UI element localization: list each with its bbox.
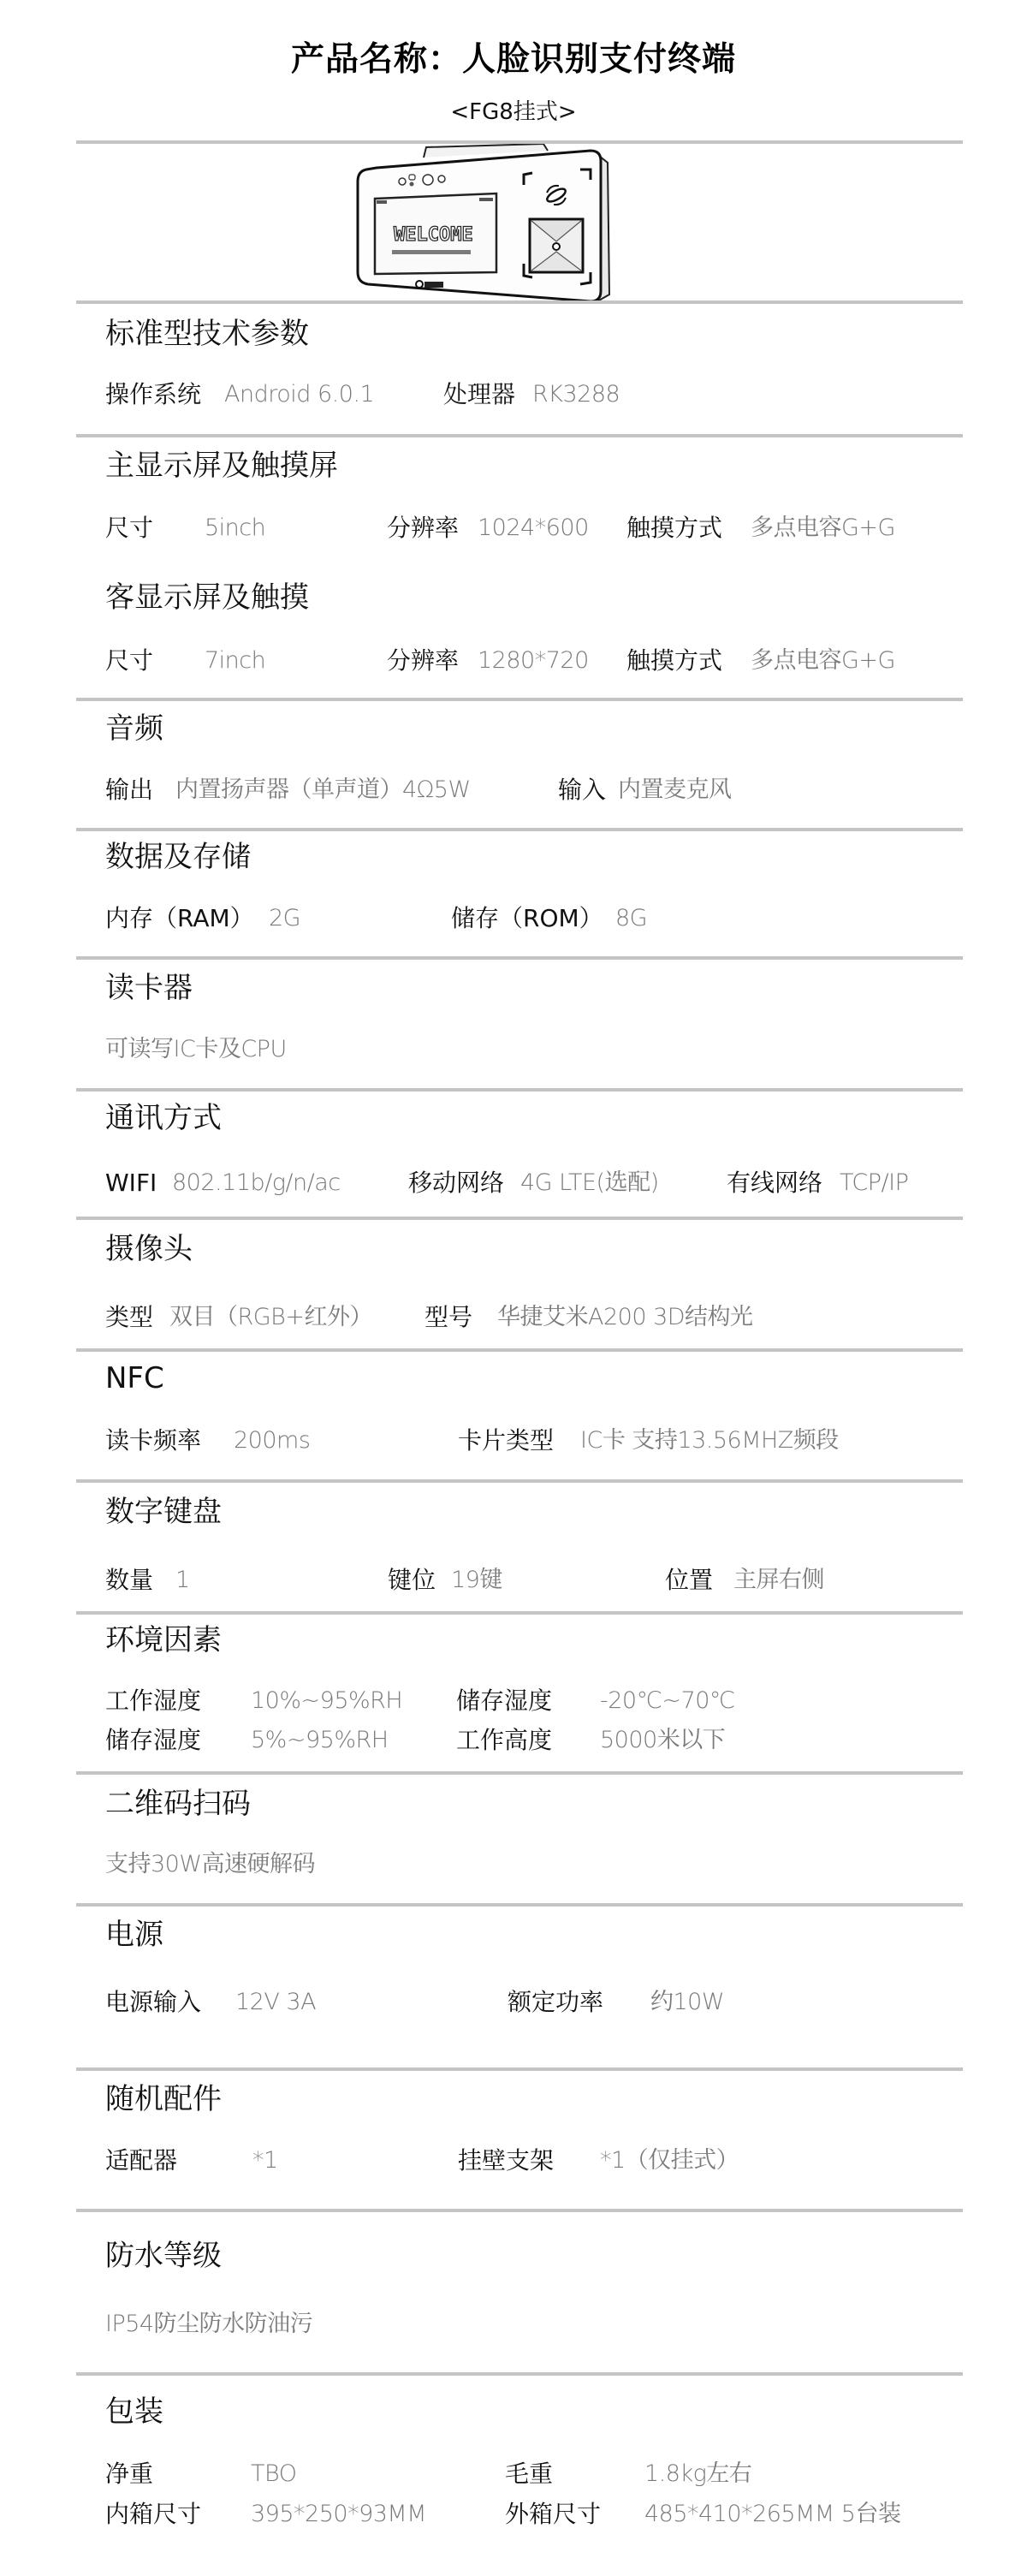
spec-label-touch: 触摸方式: [626, 648, 722, 674]
spec-label-wall-bracket: 挂壁支架: [458, 2148, 554, 2174]
divider: [76, 828, 963, 831]
divider: [76, 1348, 963, 1352]
divider: [76, 1088, 963, 1092]
spec-value-output: 内置扬声器（单声道）4Ω5W: [175, 777, 471, 803]
spec-value-wifi: 802.11b/g/n/ac: [172, 1170, 341, 1196]
spec-value-gross-weight: 1.8kg左右: [644, 2461, 751, 2487]
divider: [76, 1217, 963, 1220]
divider: [76, 1903, 963, 1907]
spec-label-processor: 处理器: [443, 382, 515, 408]
spec-label-camera-model: 型号: [424, 1305, 472, 1330]
section-heading-customer-display: 客显示屏及触摸: [105, 582, 309, 613]
divider: [76, 2067, 963, 2071]
spec-label-resolution: 分辨率: [387, 515, 459, 541]
spec-label-storage-humidity: 储存湿度: [456, 1688, 552, 1714]
spec-value-processor: RK3288: [532, 382, 620, 408]
section-heading-power: 电源: [105, 1919, 163, 1950]
divider: [76, 434, 963, 437]
spec-value-read-frequency: 200ms: [234, 1428, 310, 1454]
section-heading-environment: 环境因素: [105, 1625, 222, 1656]
spec-value-position: 主屏右侧: [733, 1568, 824, 1593]
spec-value-rom: 8G: [615, 906, 647, 931]
spec-label-position: 位置: [665, 1568, 713, 1593]
spec-value-net-weight: TBO: [251, 2461, 296, 2487]
spec-label-os: 操作系统: [105, 382, 201, 408]
spec-label-mobile-network: 移动网络: [408, 1170, 504, 1196]
spec-label-rom: 储存（ROM）: [451, 906, 603, 931]
spec-label-touch: 触摸方式: [626, 515, 722, 541]
spec-label-adapter: 适配器: [105, 2148, 177, 2174]
section-heading-packaging: 包装: [105, 2396, 163, 2427]
spec-value-storage-temperature: -20℃~70℃: [600, 1688, 735, 1714]
spec-label-inner-box: 内箱尺寸: [105, 2502, 201, 2527]
spec-label-camera-type: 类型: [105, 1305, 153, 1330]
page-title: 产品名称：人脸识别支付终端: [0, 33, 1027, 80]
section-heading-camera: 摄像头: [105, 1234, 193, 1264]
spec-value-storage-humidity: 5%~95%RH: [251, 1728, 389, 1753]
section-heading-standard-specs: 标准型技术参数: [105, 318, 309, 349]
spec-value-camera-type: 双目（RGB+红外）: [169, 1305, 372, 1330]
spec-label-size: 尺寸: [105, 515, 153, 541]
spec-value-os: Android 6.0.1: [224, 382, 374, 408]
spec-label-quantity: 数量: [105, 1568, 153, 1593]
spec-label-output: 输出: [105, 777, 153, 803]
spec-label-ram: 内存（RAM）: [105, 906, 254, 931]
spec-label-working-humidity: 工作湿度: [105, 1688, 201, 1714]
spec-value-resolution: 1280*720: [478, 648, 589, 674]
divider: [76, 1479, 963, 1483]
spec-value-keys: 19键: [451, 1568, 502, 1593]
spec-value-working-altitude: 5000米以下: [600, 1728, 725, 1753]
spec-value-card-type: IC卡 支持13.56MHZ频段: [580, 1428, 839, 1454]
spec-value-waterproof: IP54防尘防水防油污: [105, 2311, 312, 2337]
spec-label-net-weight: 净重: [105, 2461, 153, 2487]
spec-value-adapter: *1: [252, 2148, 278, 2174]
device-illustration: WELCOME: [351, 144, 616, 303]
spec-label-outer-box: 外箱尺寸: [505, 2502, 601, 2527]
spec-value-touch: 多点电容G+G: [751, 515, 895, 541]
spec-label-size: 尺寸: [105, 648, 153, 674]
divider: [76, 1611, 963, 1615]
divider: [76, 2372, 963, 2376]
section-heading-audio: 音频: [105, 713, 163, 744]
spec-value-power-input: 12V 3A: [235, 1990, 316, 2015]
spec-value-qr-scan: 支持30W高速硬解码: [105, 1852, 315, 1877]
spec-label-storage-humidity: 储存湿度: [105, 1728, 201, 1753]
model-subtitle: <FG8挂式>: [0, 94, 1027, 126]
spec-value-card-reader: 可读写IC卡及CPU: [105, 1037, 287, 1062]
spec-value-working-humidity: 10%~95%RH: [251, 1688, 402, 1714]
spec-value-wall-bracket: *1（仅挂式）: [600, 2148, 739, 2174]
section-heading-keypad: 数字键盘: [105, 1496, 222, 1527]
divider: [76, 300, 963, 304]
divider: [76, 956, 963, 960]
spec-value-rated-power: 约10W: [650, 1990, 724, 2015]
spec-label-input: 输入: [558, 777, 606, 803]
spec-value-ram: 2G: [269, 906, 300, 931]
section-heading-main-display: 主显示屏及触摸屏: [105, 450, 338, 481]
spec-value-outer-box: 485*410*265MM 5台装: [644, 2502, 900, 2527]
spec-value-input: 内置麦克风: [618, 777, 732, 803]
spec-label-working-altitude: 工作高度: [456, 1728, 552, 1753]
section-heading-accessories: 随机配件: [105, 2084, 222, 2115]
section-heading-card-reader: 读卡器: [105, 973, 193, 1003]
section-heading-waterproof: 防水等级: [105, 2240, 222, 2271]
spec-value-wired-network: TCP/IP: [840, 1170, 908, 1196]
divider: [76, 2209, 963, 2212]
spec-label-wifi: WIFI: [105, 1170, 157, 1196]
section-heading-qr-scan: 二维码扫码: [105, 1788, 251, 1819]
spec-label-keys: 键位: [388, 1568, 436, 1593]
welcome-text: WELCOME: [394, 224, 473, 246]
spec-value-camera-model: 华捷艾米A200 3D结构光: [497, 1305, 753, 1330]
spec-label-resolution: 分辨率: [387, 648, 459, 674]
section-heading-nfc: NFC: [105, 1363, 164, 1394]
spec-label-power-input: 电源输入: [105, 1990, 201, 2015]
spec-value-touch: 多点电容G+G: [751, 648, 895, 674]
spec-value-size: 5inch: [205, 515, 265, 541]
spec-value-resolution: 1024*600: [478, 515, 589, 541]
spec-label-wired-network: 有线网络: [727, 1170, 822, 1196]
spec-value-inner-box: 395*250*93MM: [251, 2502, 426, 2527]
spec-value-quantity: 1: [175, 1568, 190, 1593]
spec-value-size: 7inch: [205, 648, 265, 674]
spec-value-mobile-network: 4G LTE(选配): [520, 1170, 659, 1196]
spec-label-card-type: 卡片类型: [458, 1428, 554, 1454]
spec-label-rated-power: 额定功率: [508, 1990, 603, 2015]
spec-label-read-frequency: 读卡频率: [105, 1428, 201, 1454]
section-heading-storage: 数据及存储: [105, 842, 251, 872]
section-heading-communication: 通讯方式: [105, 1103, 222, 1133]
divider: [76, 1771, 963, 1775]
spec-label-gross-weight: 毛重: [505, 2461, 553, 2487]
divider: [76, 698, 963, 701]
